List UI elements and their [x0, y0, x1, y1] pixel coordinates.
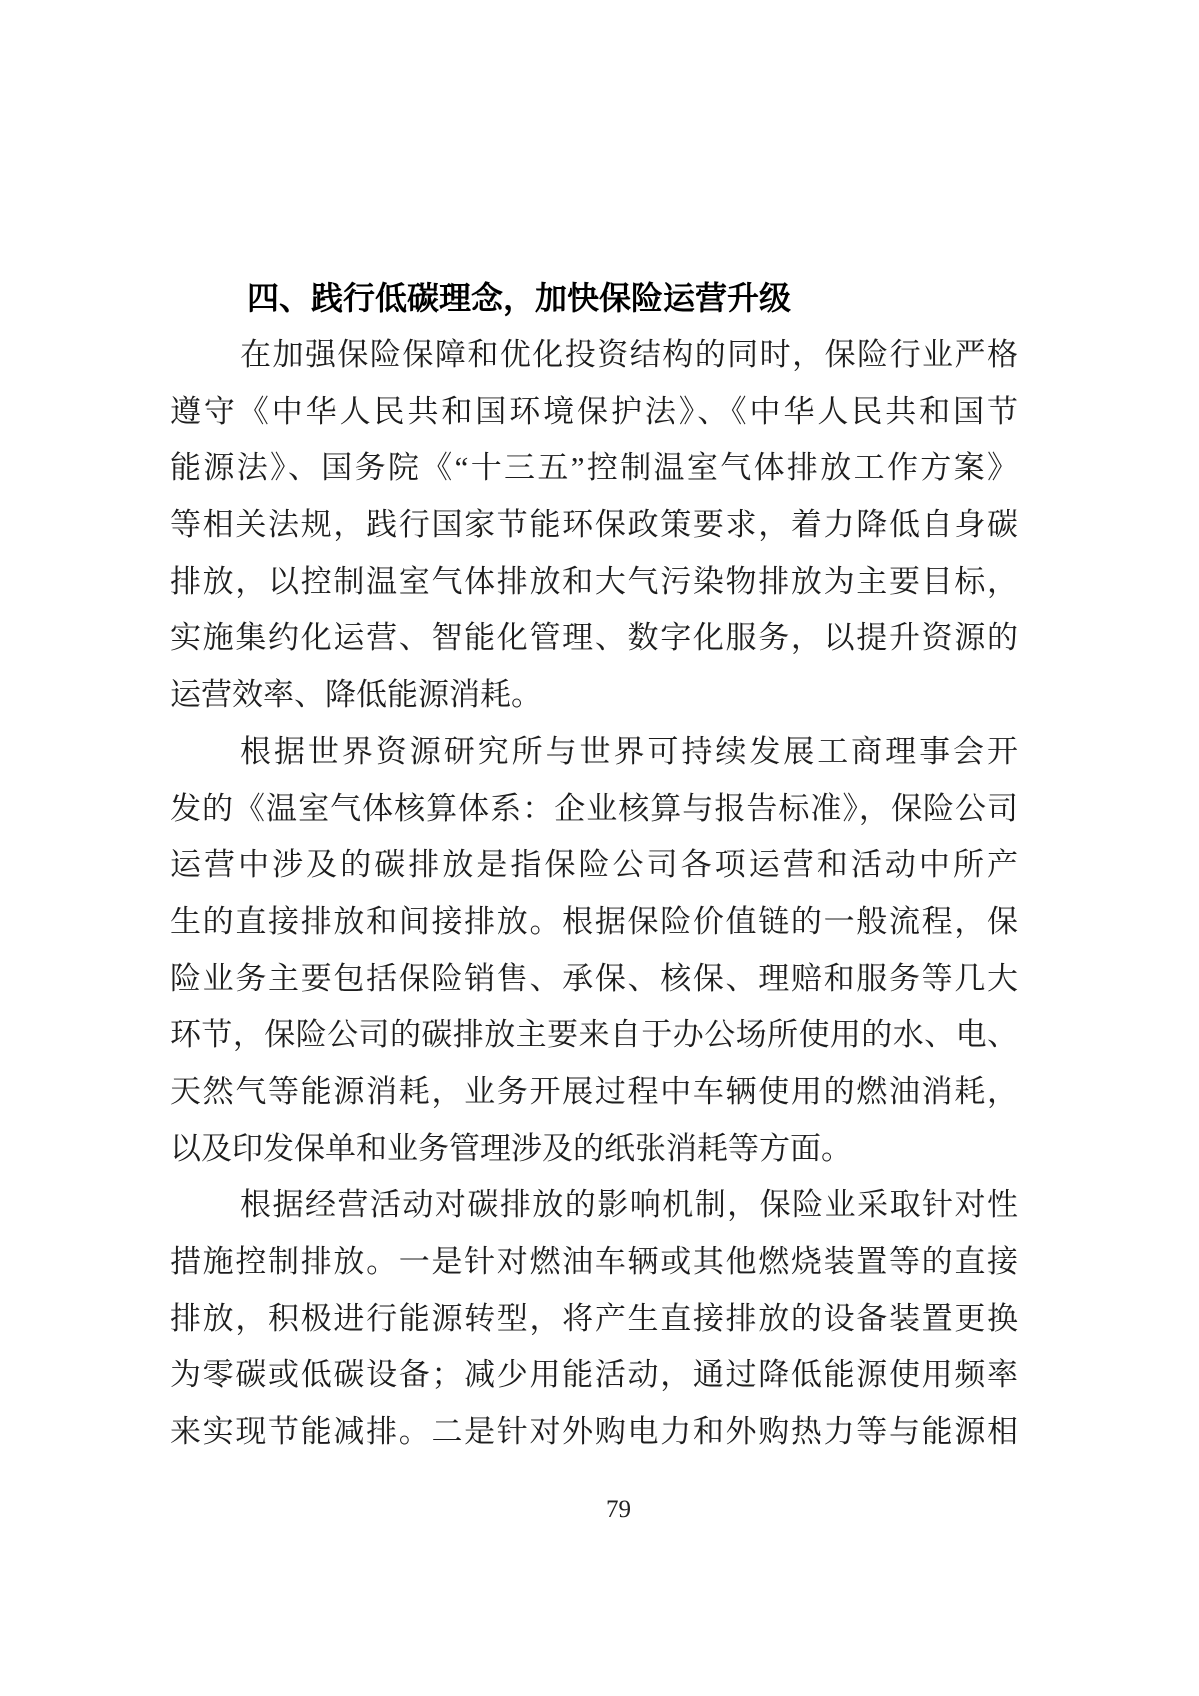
text-line: 根据世界资源研究所与世界可持续发展工商理事会开 [170, 724, 1018, 781]
text-line: 运营中涉及的碳排放是指保险公司各项运营和活动中所产 [170, 837, 1018, 894]
text-line: 环节，保险公司的碳排放主要来自于办公场所使用的水、电、 [170, 1007, 1018, 1064]
document-body: 在加强保险保障和优化投资结构的同时，保险行业严格遵守《中华人民共和国环境保护法》… [170, 327, 1018, 1461]
text-line: 能源法》、国务院《“十三五”控制温室气体排放工作方案》 [170, 440, 1018, 497]
text-line: 排放，以控制温室气体排放和大气污染物排放为主要目标， [170, 554, 1018, 611]
text-line: 等相关法规，践行国家节能环保政策要求，着力降低自身碳 [170, 497, 1018, 554]
text-line: 为零碳或低碳设备；减少用能活动，通过降低能源使用频率 [170, 1347, 1018, 1404]
page-number: 79 [0, 1496, 1199, 1524]
text-line: 以及印发保单和业务管理涉及的纸张消耗等方面。 [170, 1121, 1018, 1178]
document-page: 四、践行低碳理念，加快保险运营升级 在加强保险保障和优化投资结构的同时，保险行业… [0, 0, 1199, 1696]
text-line: 在加强保险保障和优化投资结构的同时，保险行业严格 [170, 327, 1018, 384]
text-line: 遵守《中华人民共和国环境保护法》、《中华人民共和国节 [170, 384, 1018, 441]
text-line: 发的《温室气体核算体系：企业核算与报告标准》，保险公司 [170, 781, 1018, 838]
text-line: 天然气等能源消耗，业务开展过程中车辆使用的燃油消耗， [170, 1064, 1018, 1121]
paragraph: 根据世界资源研究所与世界可持续发展工商理事会开发的《温室气体核算体系：企业核算与… [170, 724, 1018, 1178]
paragraph: 在加强保险保障和优化投资结构的同时，保险行业严格遵守《中华人民共和国环境保护法》… [170, 327, 1018, 724]
text-line: 排放，积极进行能源转型，将产生直接排放的设备装置更换 [170, 1291, 1018, 1348]
paragraph: 根据经营活动对碳排放的影响机制，保险业采取针对性措施控制排放。一是针对燃油车辆或… [170, 1177, 1018, 1460]
text-line: 生的直接排放和间接排放。根据保险价值链的一般流程，保 [170, 894, 1018, 951]
text-line: 根据经营活动对碳排放的影响机制，保险业采取针对性 [170, 1177, 1018, 1234]
text-line: 实施集约化运营、智能化管理、数字化服务，以提升资源的 [170, 610, 1018, 667]
section-heading: 四、践行低碳理念，加快保险运营升级 [170, 277, 1018, 319]
text-line: 险业务主要包括保险销售、承保、核保、理赔和服务等几大 [170, 951, 1018, 1008]
text-line: 运营效率、降低能源消耗。 [170, 667, 1018, 724]
text-line: 措施控制排放。一是针对燃油车辆或其他燃烧装置等的直接 [170, 1234, 1018, 1291]
document-content: 四、践行低碳理念，加快保险运营升级 在加强保险保障和优化投资结构的同时，保险行业… [170, 277, 1018, 1461]
text-line: 来实现节能减排。二是针对外购电力和外购热力等与能源相 [170, 1404, 1018, 1461]
